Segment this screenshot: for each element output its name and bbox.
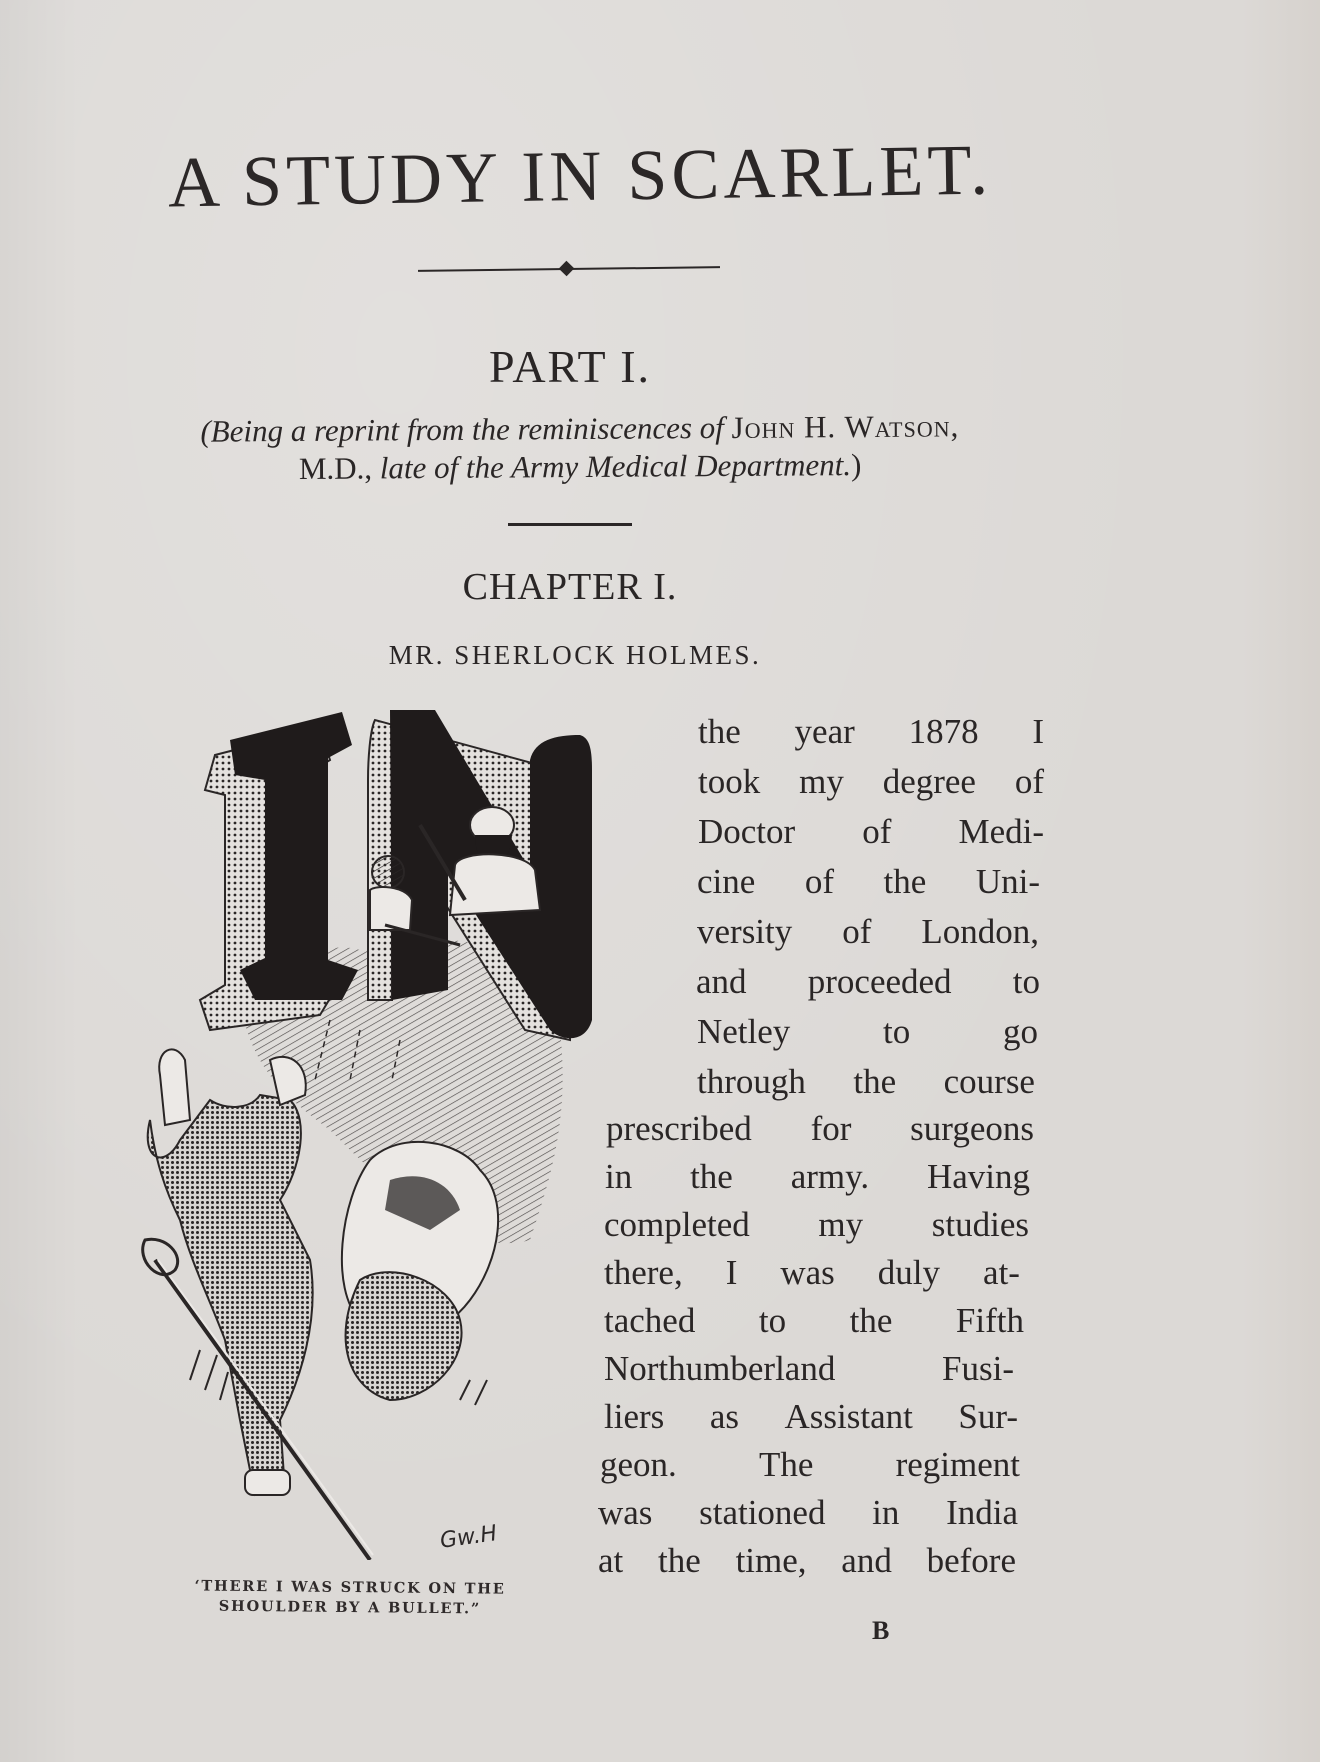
body-word: took: [698, 757, 760, 806]
body-word: the: [884, 857, 927, 906]
body-word: cine: [697, 857, 755, 906]
body-word: of: [862, 807, 891, 856]
body-word: course: [944, 1057, 1035, 1106]
body-line: andproceededto: [696, 957, 1040, 1006]
body-word: proceeded: [808, 957, 952, 1006]
body-word: time,: [736, 1536, 807, 1585]
diamond-icon: [559, 261, 575, 277]
caption-line-2: SHOULDER BY A BULLET.”: [160, 1596, 540, 1620]
body-word: London,: [921, 907, 1039, 956]
body-word: Doctor: [698, 807, 795, 856]
body-word: degree: [883, 757, 976, 806]
signature-mark: B: [872, 1616, 889, 1646]
body-word: of: [805, 857, 834, 906]
body-line: throughthecourse: [697, 1057, 1035, 1106]
body-word: the: [690, 1152, 733, 1201]
body-word: at-: [983, 1248, 1020, 1297]
body-word: of: [842, 907, 871, 956]
body-word: and: [696, 957, 747, 1006]
body-word: Fifth: [956, 1296, 1024, 1345]
body-word: was: [780, 1248, 834, 1297]
part-subtitle: (Being a reprint from the reminiscences …: [90, 407, 1071, 490]
body-word: in: [872, 1488, 899, 1537]
body-word: army.: [791, 1152, 869, 1201]
part-heading: PART I.: [0, 340, 1140, 393]
body-word: Medi-: [958, 807, 1044, 856]
body-word: I: [726, 1248, 738, 1297]
body-word: studies: [932, 1200, 1029, 1249]
title-ornament-divider: [418, 260, 720, 278]
body-line: cineoftheUni-: [697, 857, 1040, 906]
body-word: as: [710, 1392, 739, 1441]
body-word: The: [759, 1440, 813, 1489]
drop-cap-illustration: [130, 700, 670, 1560]
body-word: my: [818, 1200, 863, 1249]
body-line: prescribedforsurgeons: [606, 1104, 1034, 1153]
body-word: Netley: [697, 1007, 790, 1056]
body-word: I: [1032, 707, 1044, 756]
body-word: to: [883, 1007, 910, 1056]
body-word: and: [841, 1536, 892, 1585]
section-rule: [508, 523, 632, 526]
body-word: 1878: [909, 707, 979, 756]
body-word: before: [927, 1536, 1016, 1585]
subtitle-italic-1: (Being a reprint from the reminiscences …: [200, 410, 731, 449]
author-name: John H. Watson,: [731, 408, 959, 445]
body-word: the: [853, 1057, 896, 1106]
body-word: surgeons: [910, 1104, 1034, 1153]
body-word: the: [850, 1296, 893, 1345]
body-word: Sur-: [958, 1392, 1018, 1441]
subtitle-italic-2: late of the Army Medical Department.: [380, 447, 851, 485]
body-word: year: [795, 707, 855, 756]
body-line: versityofLondon,: [697, 907, 1039, 956]
caption-line-1: ‘THERE I WAS STRUCK ON THE: [160, 1576, 540, 1600]
body-word: my: [799, 757, 844, 806]
chapter-heading: CHAPTER I.: [0, 565, 1140, 609]
body-word: regiment: [896, 1440, 1020, 1489]
chapter-title: MR. SHERLOCK HOLMES.: [0, 640, 1150, 671]
body-word: through: [697, 1057, 806, 1106]
body-line: tookmydegreeof: [698, 757, 1044, 806]
body-word: duly: [878, 1248, 940, 1297]
body-word: the: [698, 707, 741, 756]
illustration-caption: ‘THERE I WAS STRUCK ON THE SHOULDER BY A…: [160, 1576, 540, 1620]
subtitle-degree: M.D.,: [299, 450, 380, 486]
body-word: to: [1013, 957, 1040, 1006]
body-word: Having: [927, 1152, 1030, 1201]
body-word: to: [759, 1296, 786, 1345]
subtitle-close: ): [851, 447, 862, 482]
body-word: stationed: [699, 1488, 825, 1537]
body-line: theyear1878I: [698, 707, 1044, 756]
book-title: A STUDY IN SCARLET.: [159, 128, 1000, 224]
book-page: A STUDY IN SCARLET. PART I. (Being a rep…: [0, 0, 1320, 1762]
body-word: versity: [697, 907, 792, 956]
body-word: India: [946, 1488, 1018, 1537]
body-word: for: [811, 1104, 852, 1153]
body-word: of: [1015, 757, 1044, 806]
body-line: Netleytogo: [697, 1007, 1038, 1056]
body-word: Assistant: [785, 1392, 913, 1441]
body-word: Fusi-: [942, 1344, 1014, 1393]
body-line: DoctorofMedi-: [698, 807, 1044, 856]
body-word: go: [1003, 1007, 1038, 1056]
body-word: Uni-: [976, 857, 1040, 906]
